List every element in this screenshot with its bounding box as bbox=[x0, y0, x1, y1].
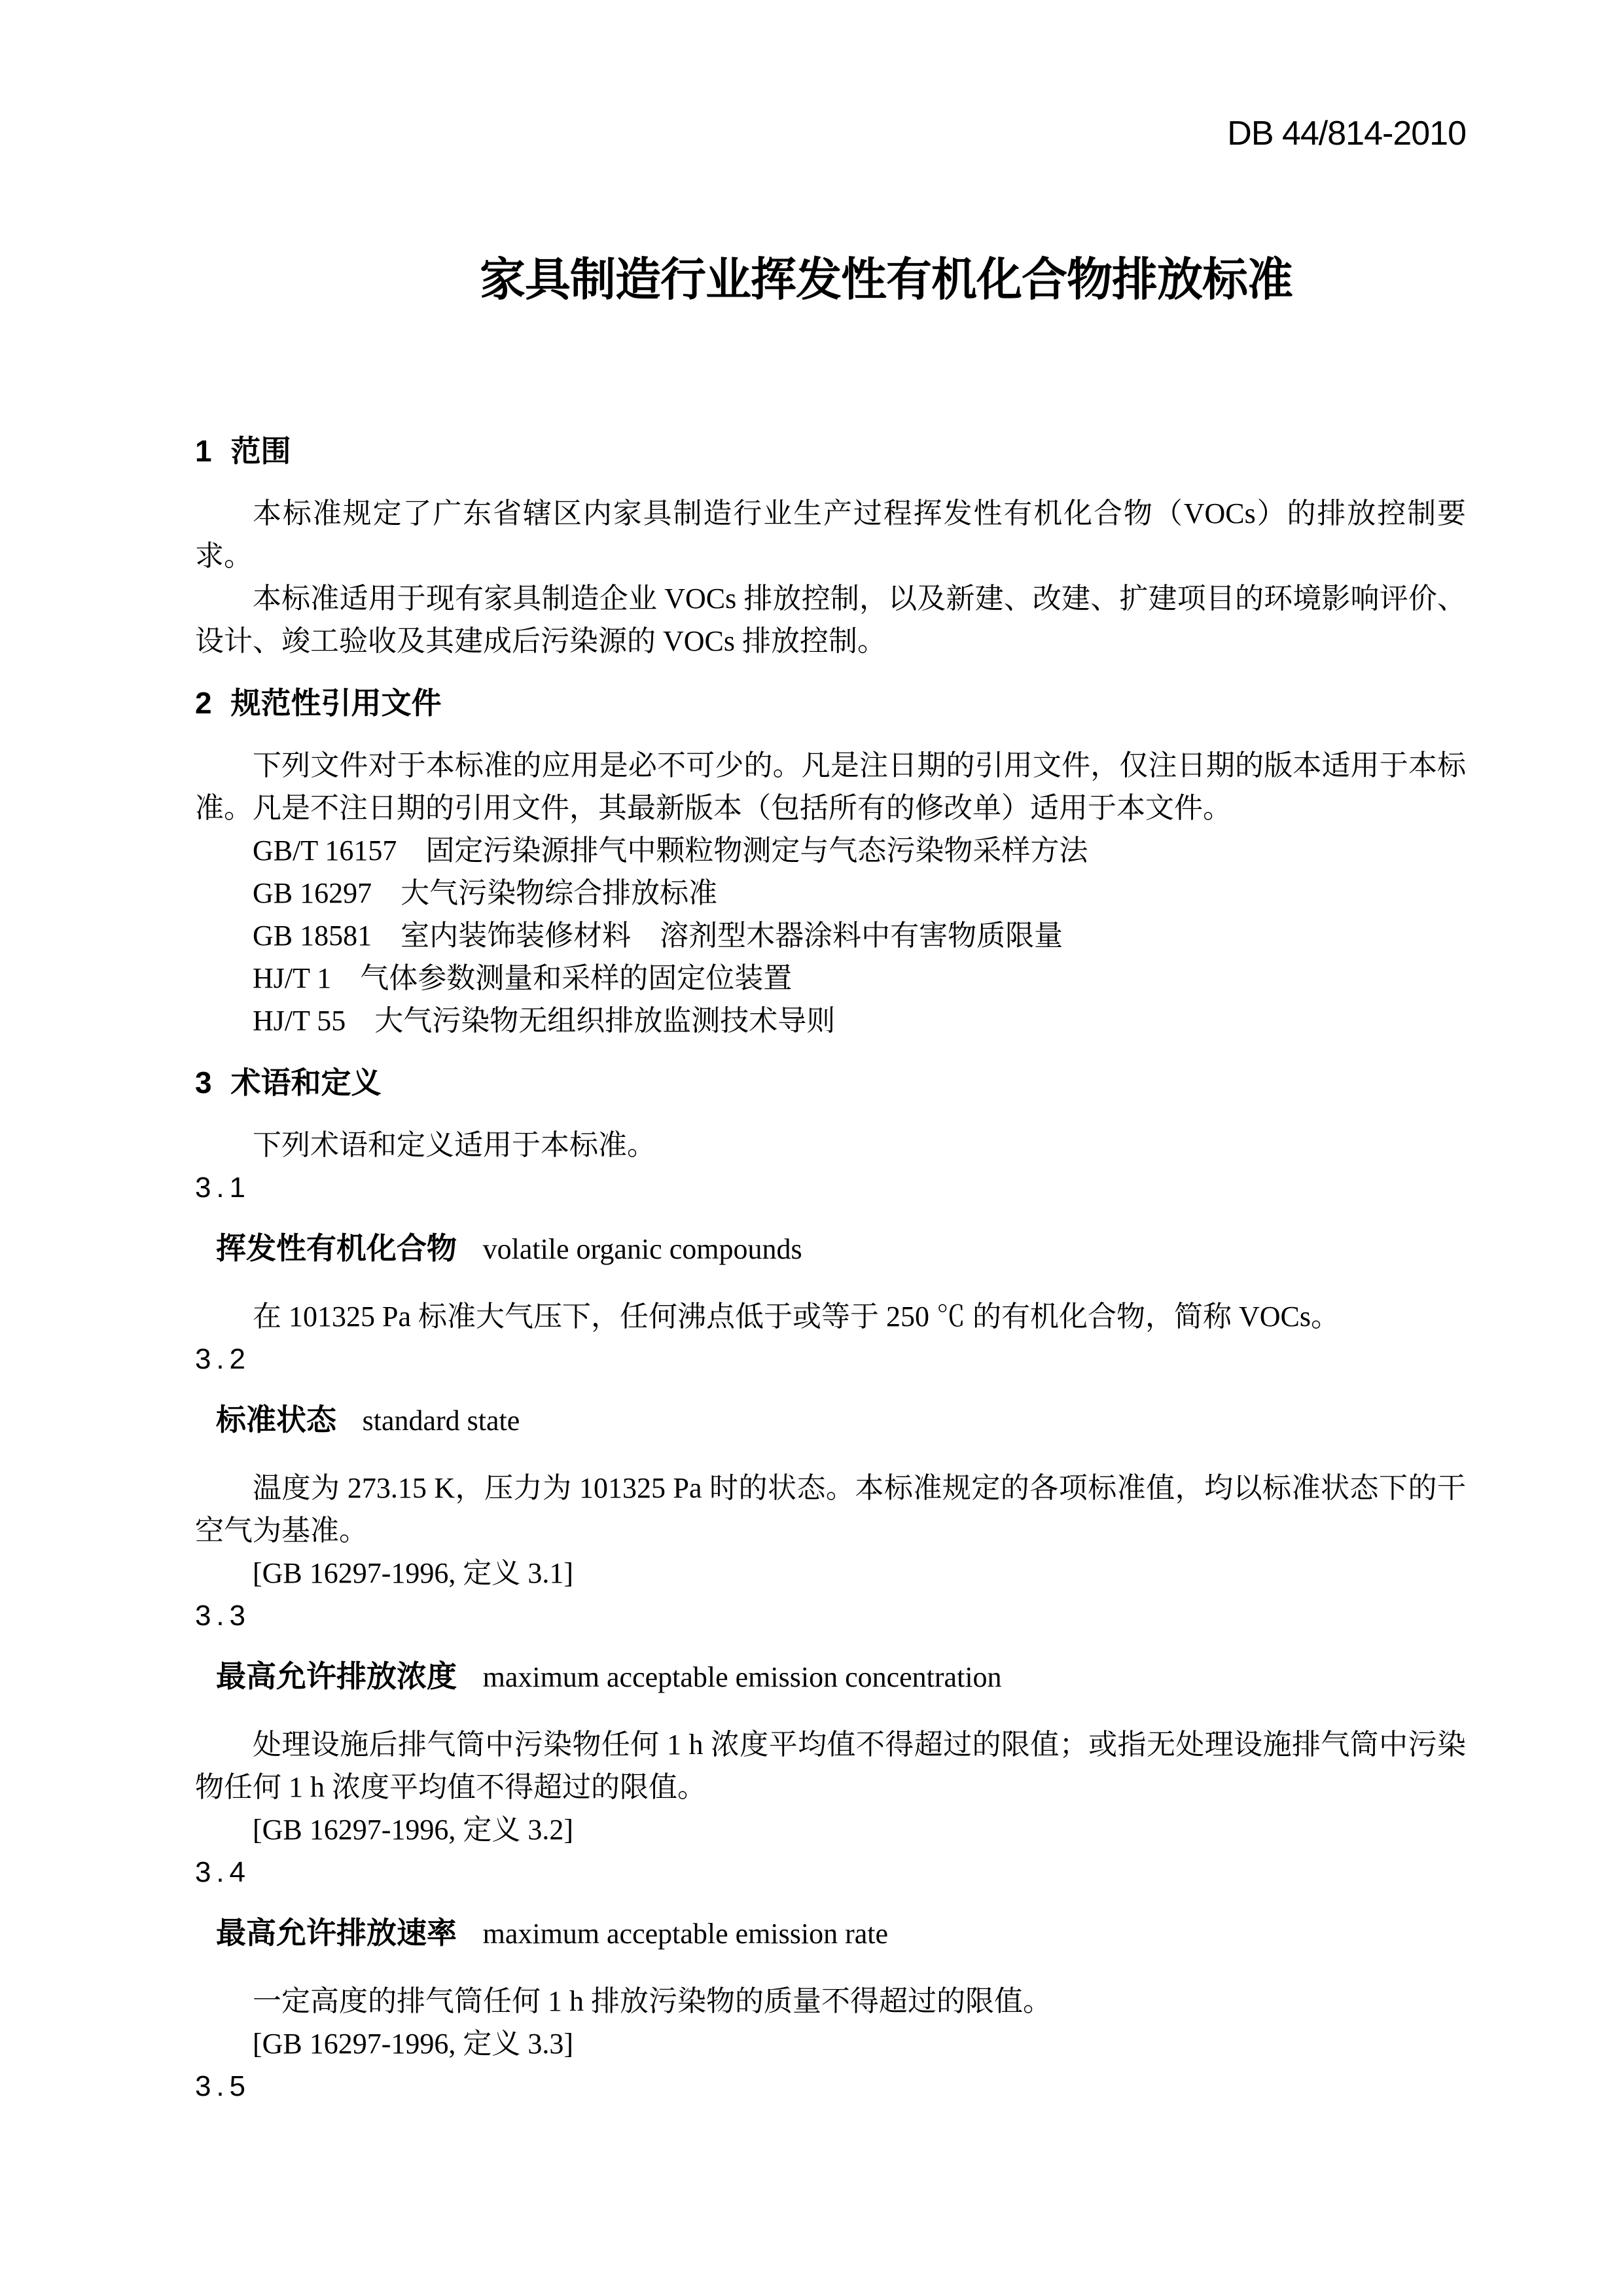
reference-item: GB 18581室内装饰装修材料 溶剂型木器涂料中有害物质限量 bbox=[195, 914, 1466, 957]
term-source: [GB 16297-1996, 定义 3.2] bbox=[195, 1808, 1466, 1851]
reference-item: GB 16297大气污染物综合排放标准 bbox=[195, 872, 1466, 914]
document-title: 家具制造行业挥发性有机化合物排放标准 bbox=[251, 253, 1522, 306]
term-source: [GB 16297-1996, 定义 3.3] bbox=[195, 2022, 1466, 2065]
section-2-heading: 2 规范性引用文件 bbox=[195, 682, 1466, 725]
term-definition: 温度为 273.15 K，压力为 101325 Pa 时的状态。本标准规定的各项… bbox=[195, 1467, 1466, 1552]
reference-item: HJ/T 55大气污染物无组织排放监测技术导则 bbox=[195, 999, 1466, 1042]
reference-code: HJ/T 55 bbox=[253, 1005, 346, 1037]
term-line: 标准状态standard state bbox=[195, 1399, 1466, 1448]
clause-number-3-2: 3.2 bbox=[195, 1338, 1466, 1380]
section-1-paragraph-1: 本标准规定了广东省辖区内家具制造行业生产过程挥发性有机化合物（VOCs）的排放控… bbox=[195, 492, 1466, 577]
term-zh: 最高允许排放浓度 bbox=[216, 1659, 457, 1693]
reference-title: 气体参数测量和采样的固定位装置 bbox=[360, 962, 792, 994]
term-definition: 处理设施后排气筒中污染物任何 1 h 浓度平均值不得超过的限值；或指无处理设施排… bbox=[195, 1723, 1466, 1808]
clause-number-3-1: 3.1 bbox=[195, 1166, 1466, 1209]
term-en: maximum acceptable emission rate bbox=[483, 1918, 888, 1950]
term-zh: 最高允许排放速率 bbox=[216, 1916, 457, 1950]
term-line: 挥发性有机化合物volatile organic compounds bbox=[195, 1227, 1466, 1277]
reference-title: 室内装饰装修材料 溶剂型木器涂料中有害物质限量 bbox=[401, 920, 1063, 952]
reference-item: HJ/T 1气体参数测量和采样的固定位装置 bbox=[195, 957, 1466, 999]
doc-number: DB 44/814-2010 bbox=[195, 113, 1466, 155]
reference-code: GB 18581 bbox=[253, 920, 372, 952]
term-definition: 一定高度的排气筒任何 1 h 排放污染物的质量不得超过的限值。 bbox=[195, 1980, 1466, 2022]
reference-code: HJ/T 1 bbox=[253, 962, 331, 994]
document-content: DB 44/814-2010 家具制造行业挥发性有机化合物排放标准 1 范围 本… bbox=[195, 0, 1466, 2108]
section-3-intro: 下列术语和定义适用于本标准。 bbox=[195, 1124, 1466, 1166]
clause-number-3-4: 3.4 bbox=[195, 1851, 1466, 1893]
term-definition: 在 101325 Pa 标准大气压下，任何沸点低于或等于 250 ℃ 的有机化合… bbox=[195, 1295, 1466, 1338]
term-line: 最高允许排放速率maximum acceptable emission rate bbox=[195, 1912, 1466, 1962]
document-page: DB 44/814-2010 家具制造行业挥发性有机化合物排放标准 1 范围 本… bbox=[0, 0, 1623, 2296]
section-1-paragraph-2: 本标准适用于现有家具制造企业 VOCs 排放控制，以及新建、改建、扩建项目的环境… bbox=[195, 577, 1466, 662]
term-en: volatile organic compounds bbox=[483, 1233, 802, 1265]
clause-number-3-3: 3.3 bbox=[195, 1594, 1466, 1637]
term-zh: 标准状态 bbox=[216, 1403, 336, 1437]
reference-title: 大气污染物综合排放标准 bbox=[401, 877, 717, 909]
reference-code: GB/T 16157 bbox=[253, 834, 397, 867]
section-2-intro: 下列文件对于本标准的应用是必不可少的。凡是注日期的引用文件，仅注日期的版本适用于… bbox=[195, 744, 1466, 829]
clause-number-3-5: 3.5 bbox=[195, 2065, 1466, 2108]
term-en: maximum acceptable emission concentratio… bbox=[483, 1661, 1002, 1693]
section-1-heading: 1 范围 bbox=[195, 430, 1466, 473]
term-en: standard state bbox=[363, 1405, 520, 1437]
reference-item: GB/T 16157固定污染源排气中颗粒物测定与气态污染物采样方法 bbox=[195, 829, 1466, 872]
reference-title: 固定污染源排气中颗粒物测定与气态污染物采样方法 bbox=[425, 834, 1088, 867]
term-source: [GB 16297-1996, 定义 3.1] bbox=[195, 1552, 1466, 1594]
reference-code: GB 16297 bbox=[253, 877, 372, 909]
term-line: 最高允许排放浓度maximum acceptable emission conc… bbox=[195, 1655, 1466, 1705]
section-3-heading: 3 术语和定义 bbox=[195, 1062, 1466, 1104]
term-zh: 挥发性有机化合物 bbox=[216, 1231, 457, 1265]
reference-title: 大气污染物无组织排放监测技术导则 bbox=[374, 1005, 835, 1037]
